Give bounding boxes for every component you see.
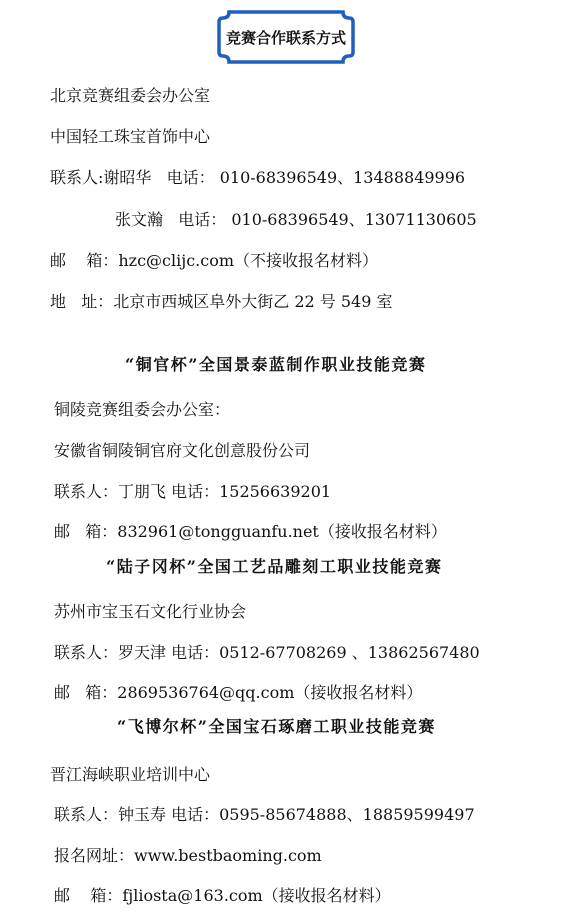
address-line: 地 址：北京市西城区阜外大街乙 22 号 549 室 [50, 292, 393, 312]
email-line: 邮 箱：2869536764@qq.com（接收报名材料） [54, 683, 422, 703]
header-badge: 竞赛合作联系方式 [215, 8, 357, 66]
org-name: 铜陵竞赛组委会办公室： [54, 400, 230, 420]
page-title: 竞赛合作联系方式 [215, 8, 357, 66]
email-line: 邮 箱：hzc@clijc.com（不接收报名材料） [50, 251, 378, 271]
org-name: 安徽省铜陵铜官府文化创意股份公司 [54, 441, 310, 461]
org-name: 晋江海峡职业培训中心 [50, 765, 210, 785]
email-line: 邮 箱：832961@tongguanfu.net（接收报名材料） [54, 522, 447, 542]
contact-line: 联系人：钟玉寿 电话：0595-85674888、18859599497 [54, 805, 475, 825]
section-title: “铜官杯”全国景泰蓝制作职业技能竞赛 [125, 355, 426, 375]
org-name: 苏州市宝玉石文化行业协会 [54, 602, 246, 622]
contact-line: 张文瀚 电话： 010-68396549、13071130605 [115, 210, 477, 230]
website-line: 报名网址：www.bestbaoming.com [54, 846, 322, 866]
contact-line: 联系人：罗天津 电话：0512-67708269 、13862567480 [54, 643, 480, 663]
contact-line: 联系人：丁朋飞 电话：15256639201 [54, 482, 331, 502]
section-title: “飞博尔杯”全国宝石琢磨工职业技能竞赛 [117, 717, 436, 737]
org-name: 中国轻工珠宝首饰中心 [50, 127, 210, 147]
section-title: “陆子冈杯”全国工艺品雕刻工职业技能竞赛 [106, 557, 442, 577]
email-line: 邮 箱：fjliosta@163.com（接收报名材料） [54, 886, 391, 906]
org-name: 北京竞赛组委会办公室 [50, 86, 210, 106]
contact-line: 联系人:谢昭华 电话： 010-68396549、13488849996 [50, 168, 465, 188]
